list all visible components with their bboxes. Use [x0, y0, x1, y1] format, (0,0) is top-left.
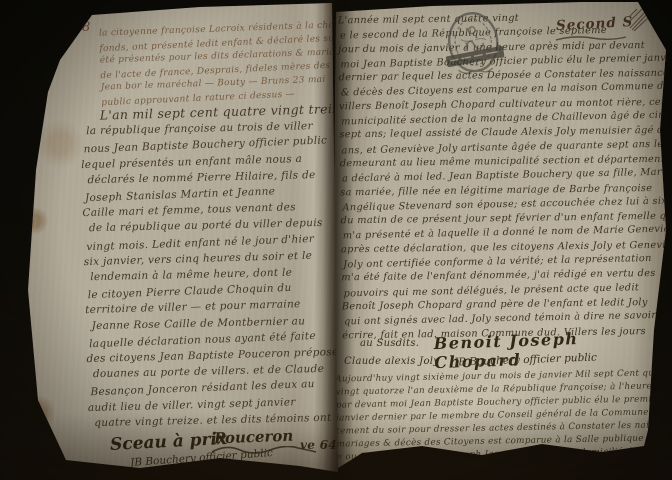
official-stamp-icon [440, 7, 511, 90]
left-page: 8 la citoyenne françoise Lacroix résiden… [22, 0, 340, 480]
signature-pouceron: Pouceron [214, 427, 294, 448]
folio-mark: ve 64 [300, 438, 337, 452]
closing-word: au Susdits. [360, 338, 419, 349]
second-act-block: Aujourd'huy vingt sixième jour du mois d… [335, 366, 672, 464]
left-main-block: L'an mil sept cent quatre vingt treize 1… [80, 100, 340, 432]
paraph-flourish [628, 8, 650, 32]
right-page: L'année mil sept cent quatre vingte le s… [332, 0, 672, 480]
margin-mark: 8 [82, 20, 90, 35]
scanned-register-photo: 8 la citoyenne françoise Lacroix résiden… [0, 0, 672, 480]
second-note-underline [554, 34, 628, 44]
left-top-block: la citoyenne françoise Lacroix résidents… [99, 16, 340, 108]
witness-name: Claude alexis Joly [344, 356, 439, 367]
